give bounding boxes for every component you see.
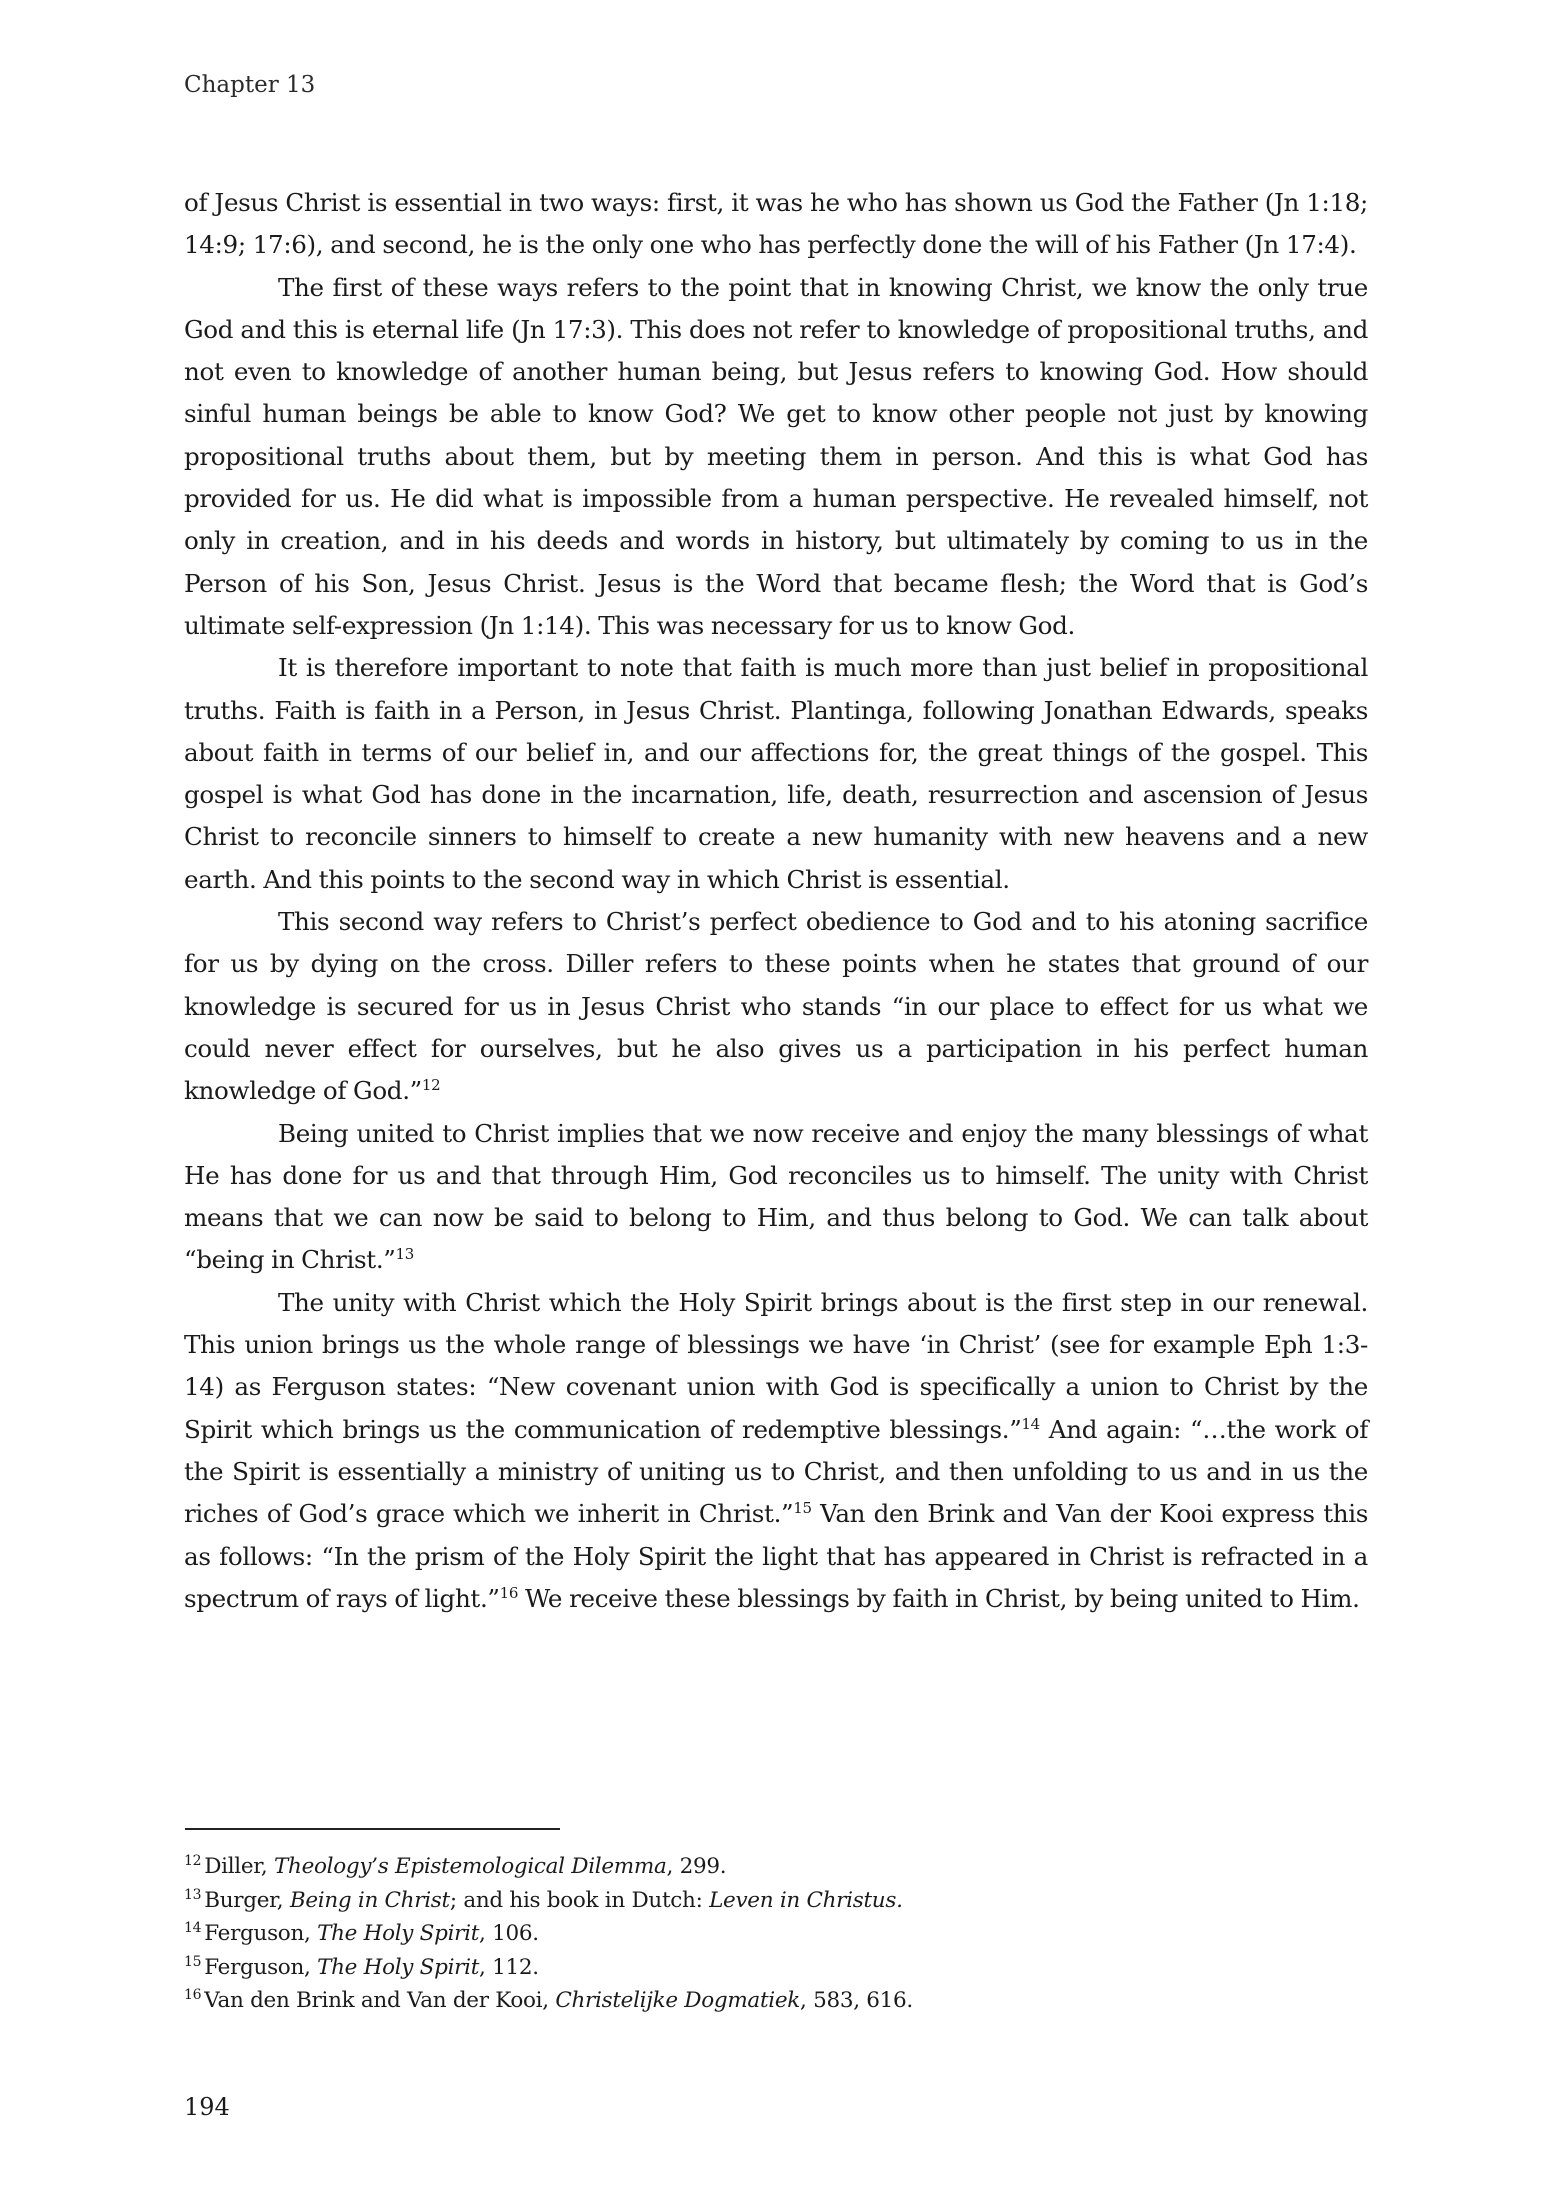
footnote-text: , 583, 616. — [800, 1988, 913, 2013]
footnote-ref[interactable]: 14 — [1021, 1415, 1039, 1433]
footnote-text: , 106. — [479, 1921, 539, 1946]
paragraph: of Jesus Christ is essential in two ways… — [184, 182, 1368, 267]
footnote-14: 14Ferguson, The Holy Spirit, 106. — [184, 1917, 1368, 1951]
footnote-text: Ferguson, — [204, 1955, 317, 1980]
footnote-text: ; and his book in Dutch: — [450, 1888, 709, 1913]
text: This second way refers to Christ’s perfe… — [184, 907, 1368, 1105]
body-text: of Jesus Christ is essential in two ways… — [184, 182, 1368, 1620]
footnote-number: 15 — [184, 1954, 201, 1970]
footnote-text: , 299. — [667, 1854, 727, 1879]
footnote-ref[interactable]: 15 — [793, 1499, 811, 1517]
paragraph: It is therefore important to note that f… — [184, 647, 1368, 901]
footnote-title: Christelijke Dogmatiek — [555, 1988, 800, 2013]
footnote-16: 16Van den Brink and Van der Kooi, Christ… — [184, 1984, 1368, 2018]
footnote-12: 12Diller, Theology’s Epistemological Dil… — [184, 1850, 1368, 1884]
footnote-title: The Holy Spirit — [317, 1955, 479, 1980]
paragraph: This second way refers to Christ’s perfe… — [184, 901, 1368, 1112]
footnote-text: Van den Brink and Van der Kooi, — [204, 1988, 555, 2013]
footnote-title: Leven in Christus. — [709, 1888, 903, 1913]
footnote-separator — [185, 1828, 560, 1830]
footnote-ref[interactable]: 12 — [422, 1076, 440, 1094]
footnote-number: 14 — [184, 1920, 201, 1936]
footnote-text: Ferguson, — [204, 1921, 317, 1946]
text: It is therefore important to note that f… — [184, 653, 1368, 893]
footnote-title: Being in Christ — [290, 1888, 450, 1913]
page-number: 194 — [184, 2092, 230, 2122]
footnote-number: 12 — [184, 1853, 201, 1869]
footnote-13: 13Burger, Being in Christ; and his book … — [184, 1884, 1368, 1918]
paragraph: The unity with Christ which the Holy Spi… — [184, 1282, 1368, 1620]
running-head: Chapter 13 — [184, 70, 315, 100]
footnote-title: The Holy Spirit — [317, 1921, 479, 1946]
footnote-number: 13 — [184, 1887, 201, 1903]
paragraph: The first of these ways refers to the po… — [184, 267, 1368, 648]
footnote-title: Theology’s Epistemological Dilemma — [274, 1854, 667, 1879]
footnote-text: , 112. — [479, 1955, 539, 1980]
text: of Jesus Christ is essential in two ways… — [184, 188, 1368, 259]
footnote-number: 16 — [184, 1987, 201, 2003]
text: We receive these blessings by faith in C… — [518, 1584, 1360, 1613]
footnotes: 12Diller, Theology’s Epistemological Dil… — [184, 1850, 1368, 2018]
footnote-ref[interactable]: 16 — [500, 1584, 518, 1602]
text: The first of these ways refers to the po… — [184, 273, 1368, 640]
footnote-text: Burger, — [204, 1888, 290, 1913]
footnote-15: 15Ferguson, The Holy Spirit, 112. — [184, 1951, 1368, 1985]
text: Being united to Christ implies that we n… — [184, 1119, 1368, 1275]
footnote-ref[interactable]: 13 — [396, 1245, 414, 1263]
paragraph: Being united to Christ implies that we n… — [184, 1113, 1368, 1282]
footnote-text: Diller, — [204, 1854, 274, 1879]
